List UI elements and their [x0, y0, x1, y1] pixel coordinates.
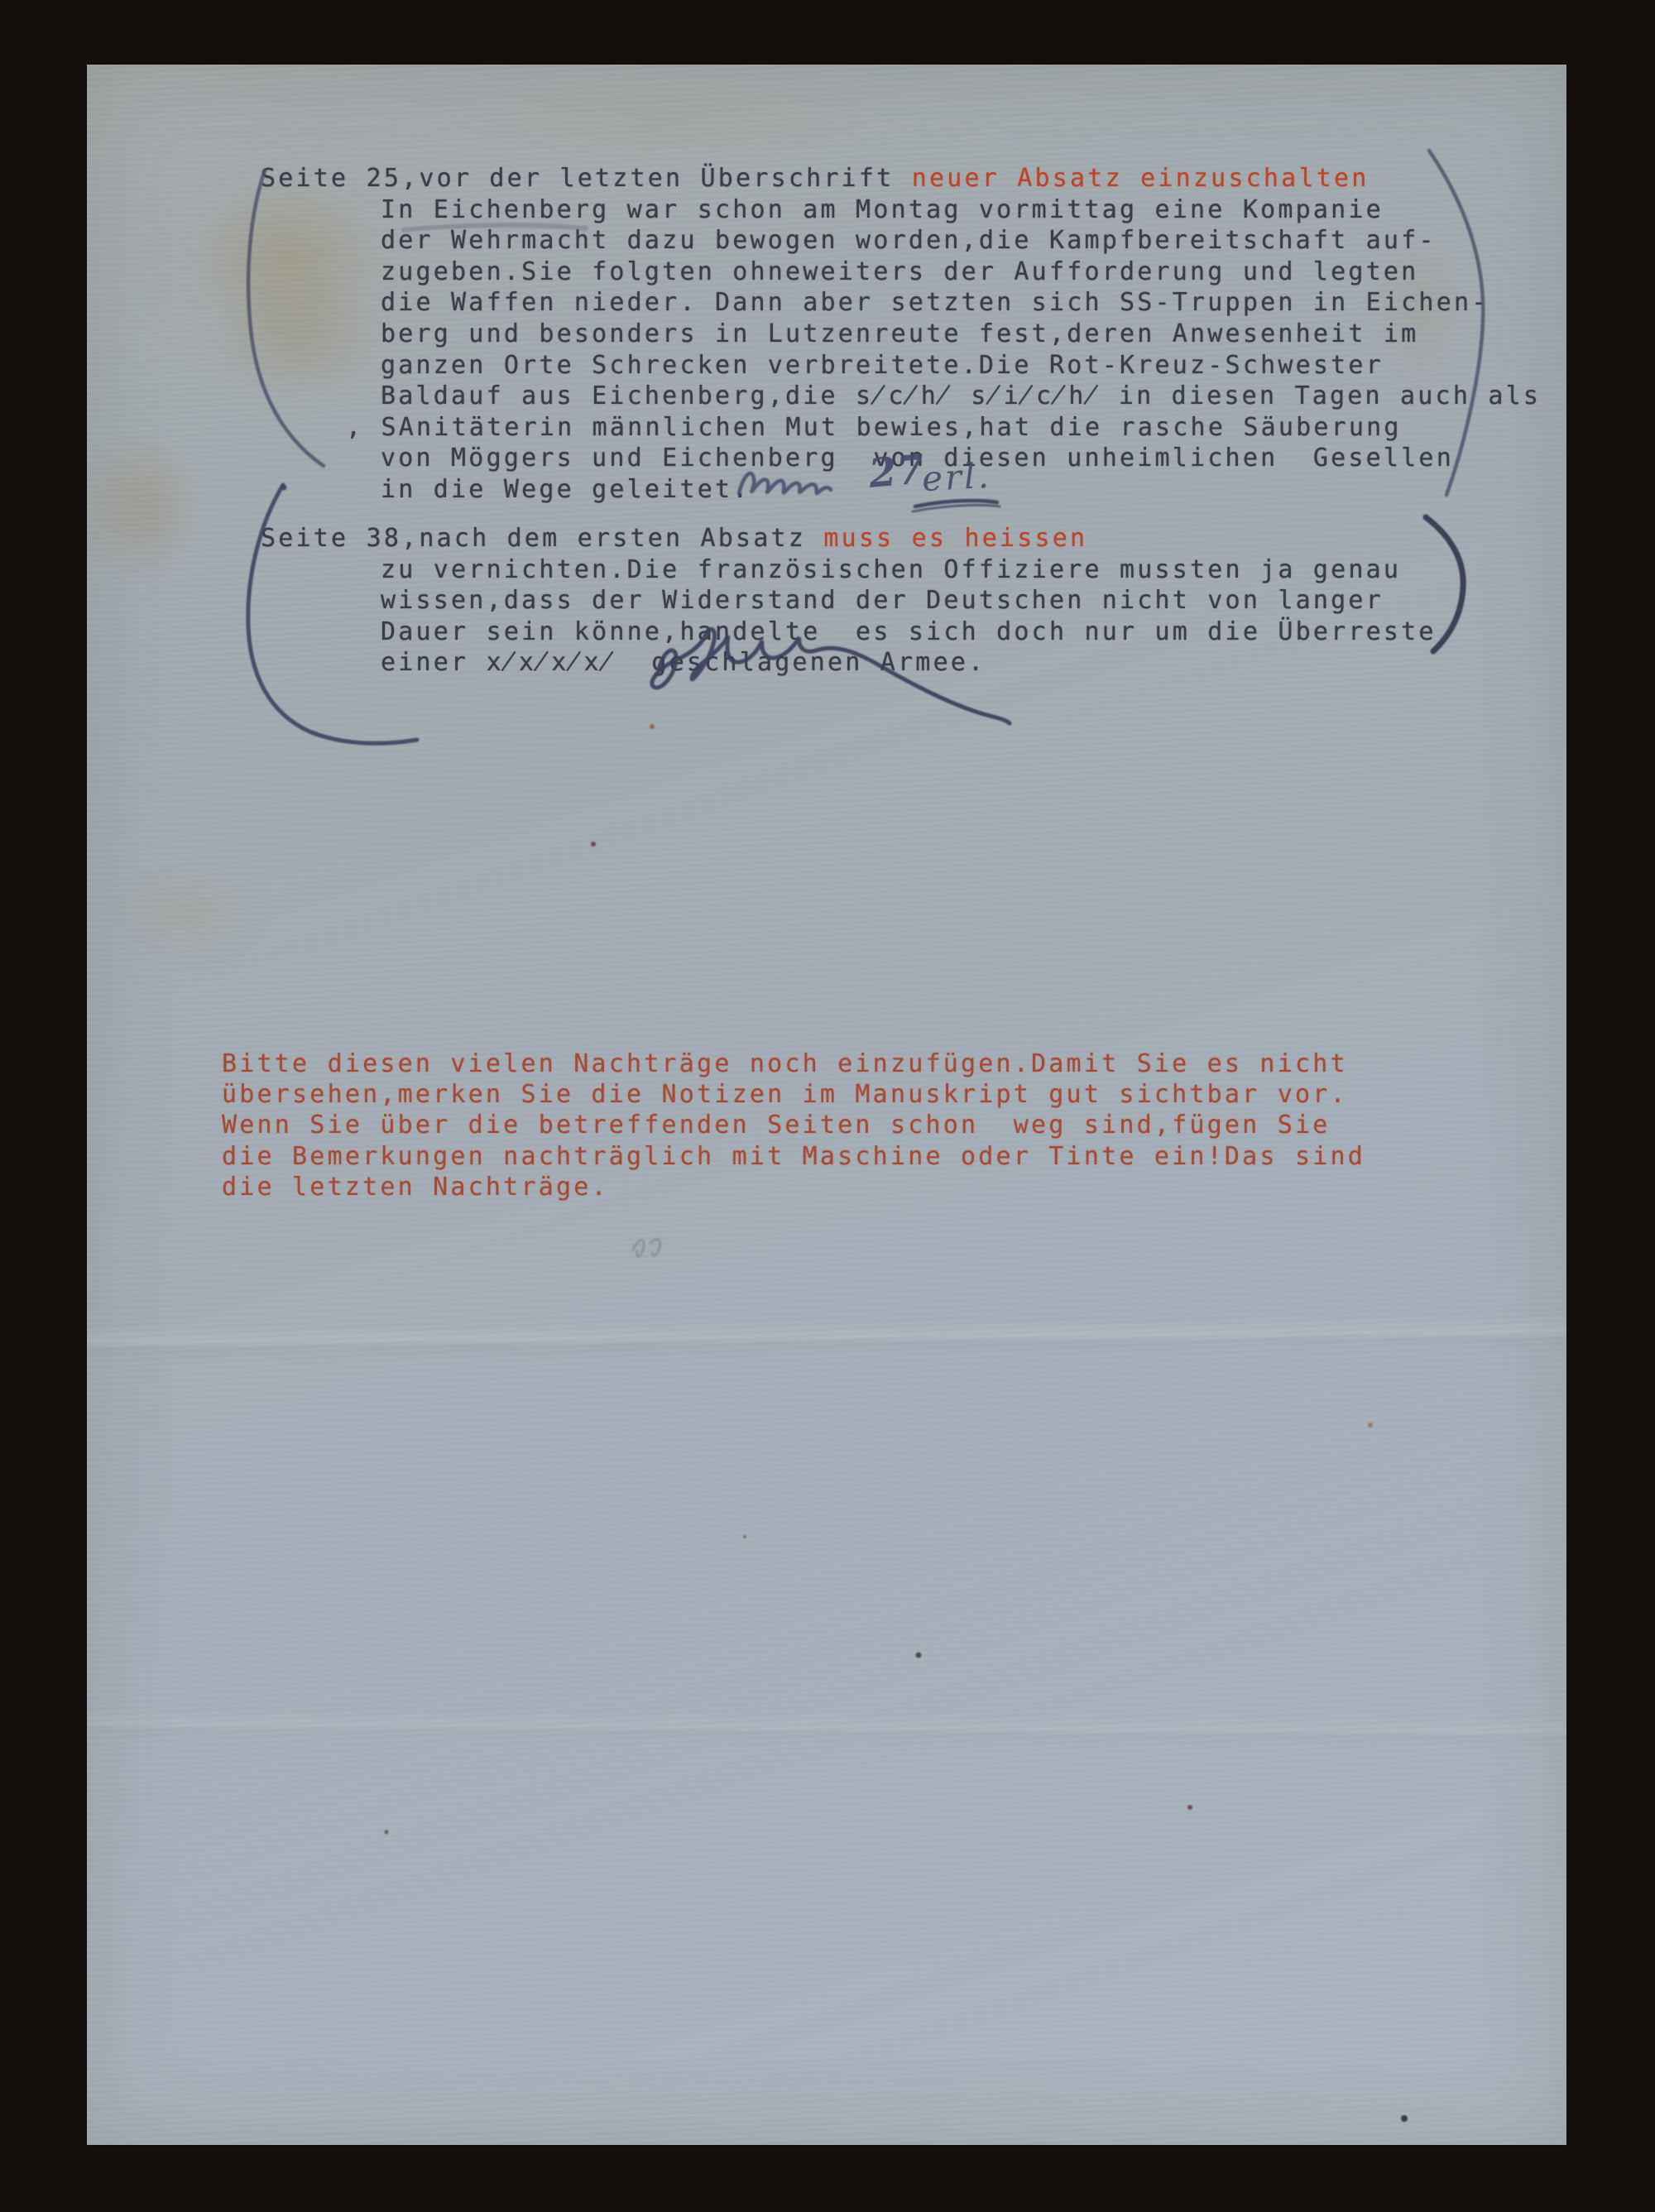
- heading-line: Seite 38,nach dem ersten Absatz muss es …: [261, 523, 1437, 554]
- red-note-line: Wenn Sie über die betreffenden Seiten sc…: [222, 1110, 1365, 1140]
- paper-stain: [463, 70, 877, 173]
- paper-stain: [87, 429, 207, 586]
- seite-38-heading-red-instruction: muss es heissen: [823, 524, 1087, 553]
- text-line: wissen,dass der Widerstand der Deutschen…: [261, 585, 1437, 617]
- text-line: ganzen Orte Schrecken verbreitete.Die Ro…: [261, 350, 1541, 381]
- text-line: In Eichenberg war schon am Montag vormit…: [261, 194, 1541, 226]
- text-line: zu vernichten.Die französischen Offizier…: [261, 554, 1437, 586]
- text-line: berg und besonders in Lutzenreute fest,d…: [261, 319, 1541, 350]
- text-line: zugeben.Sie folgten ohneweiters der Auff…: [261, 257, 1541, 288]
- heading-line: Seite 25,vor der letzten Überschrift neu…: [261, 163, 1541, 194]
- handwritten-page-number: 27: [867, 446, 926, 497]
- scan-background: { "doc": { "s25": { "head_black": "Seite…: [0, 0, 1655, 2212]
- text-line: die Waffen nieder. Dann aber setzten sic…: [261, 287, 1541, 319]
- text-line: Dauer sein könne,handelte es sich doch n…: [261, 617, 1437, 648]
- seite-25-heading-red-instruction: neuer Absatz einzuschalten: [912, 164, 1370, 193]
- handwritten-done-mark: erl.: [921, 455, 992, 499]
- paper-crease: [87, 1709, 1566, 1749]
- red-note-line: die letzten Nachträge.: [222, 1172, 1365, 1202]
- text-line-with-strikeout: Baldauf aus Eichenberg,die s̸c̸h̸ s̸i̸c̸…: [261, 381, 1541, 412]
- paper-crease: [87, 1315, 1566, 1363]
- red-note-line: übersehen,merken Sie die Notizen im Manu…: [222, 1079, 1365, 1110]
- paper-stain: [99, 851, 273, 975]
- red-note-line: Bitte diesen vielen Nachträge noch einzu…: [222, 1048, 1365, 1079]
- section-red-note: Bitte diesen vielen Nachträge noch einzu…: [222, 1048, 1365, 1202]
- text-line: , SAnitäterin männlichen Mut bewies,hat …: [261, 412, 1541, 444]
- text-line-with-strikeout: einer x̸x̸x̸x̸ geschlagenen Armee.: [261, 647, 1437, 679]
- seite-38-heading: Seite 38,nach dem ersten Absatz: [261, 524, 823, 553]
- red-note-line: die Bemerkungen nachträglich mit Maschin…: [222, 1141, 1365, 1172]
- section-seite-38: Seite 38,nach dem ersten Absatz muss es …: [261, 523, 1437, 679]
- seite-25-heading: Seite 25,vor der letzten Überschrift: [261, 164, 912, 193]
- text-line: der Wehrmacht dazu bewogen worden,die Ka…: [261, 225, 1541, 257]
